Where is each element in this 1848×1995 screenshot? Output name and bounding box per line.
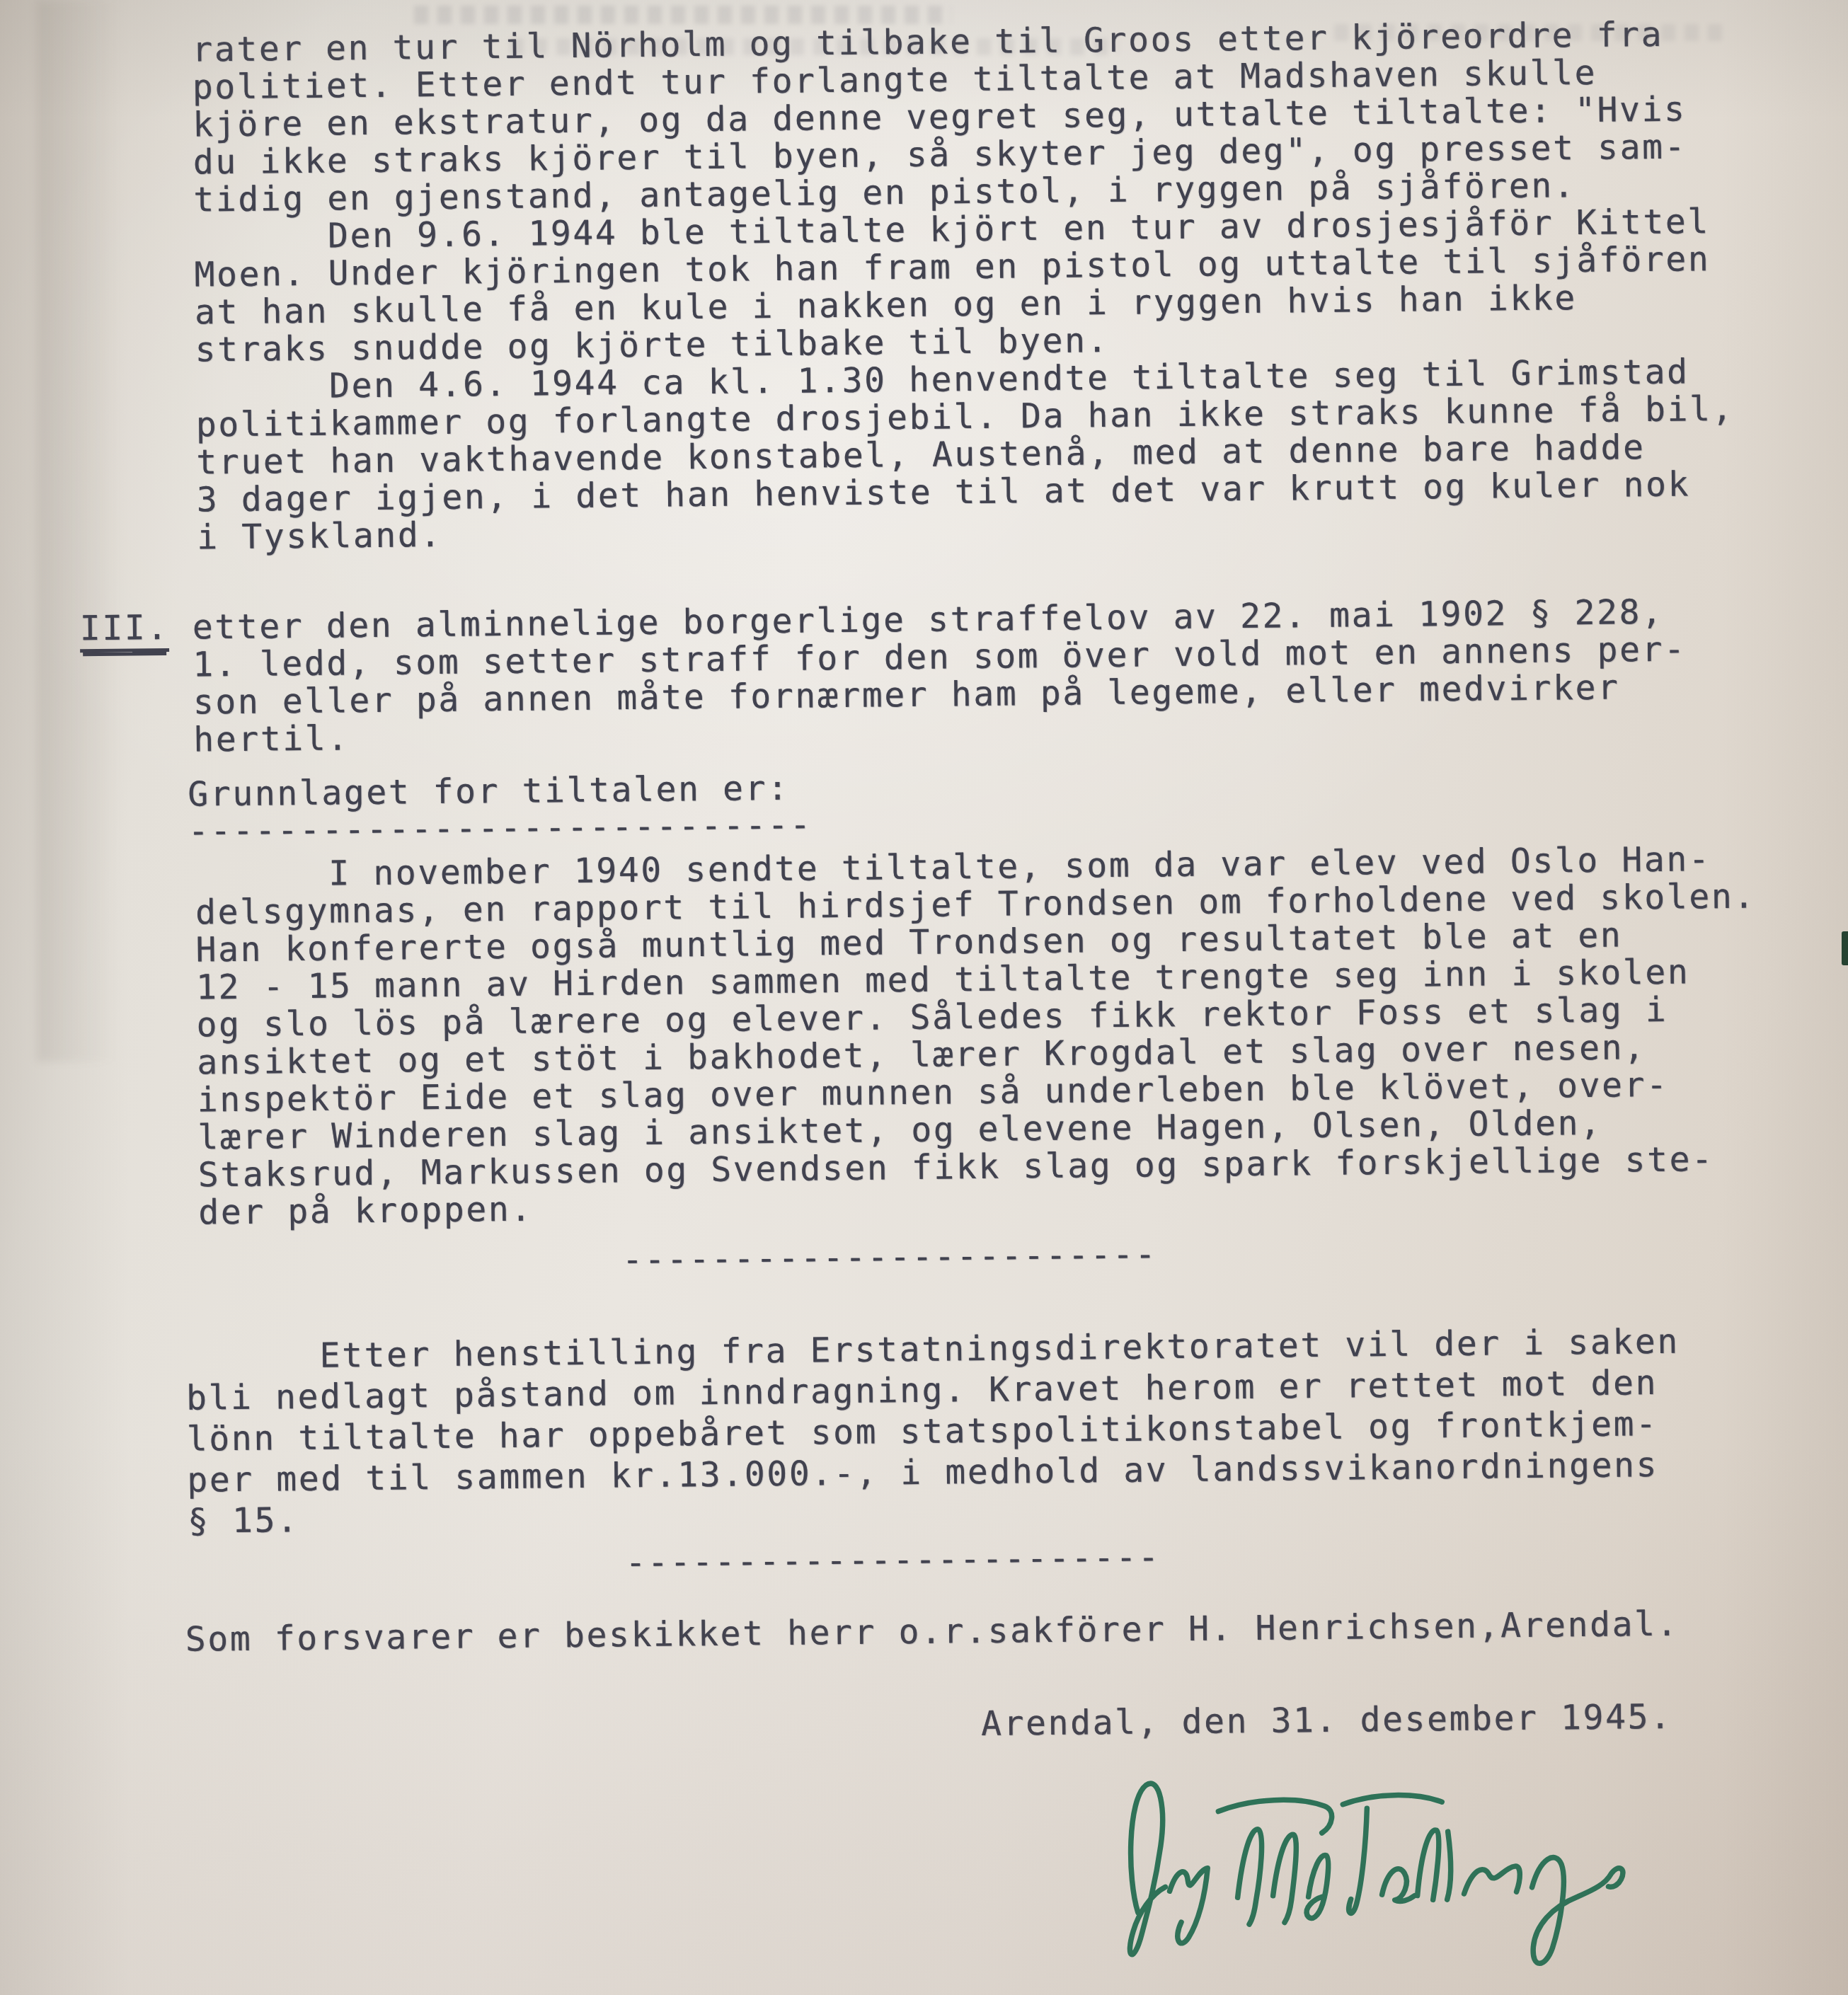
- typed-dash-divider: ------------------------: [625, 1539, 1160, 1582]
- page-content: rater en tur til Nörholm og tilbake til …: [0, 0, 1848, 1995]
- inndragning-paragraph: Etter henstilling fra Erstatningsdirekto…: [185, 1321, 1681, 1542]
- section-iii-label: III.: [80, 609, 170, 652]
- typed-dash-divider: ------------------------: [622, 1236, 1157, 1279]
- section-iii-text: etter den alminnelige borgerlige straffe…: [192, 594, 1687, 759]
- dateline: Arendal, den 31. desember 1945.: [981, 1698, 1672, 1743]
- typed-dash-divider: ----------------------------: [188, 806, 813, 850]
- continuation-paragraphs: rater en tur til Nörholm og tilbake til …: [192, 16, 1735, 557]
- forsvarer-line: Som forsvarer er beskikket herr o.r.sakf…: [185, 1606, 1679, 1659]
- document-photo: rater en tur til Nörholm og tilbake til …: [0, 0, 1848, 1995]
- grunnlag-paragraph: I november 1940 sendte tiltalte, som da …: [195, 841, 1759, 1232]
- signature: [1096, 1757, 1672, 1984]
- photo-edge-gap: [1842, 931, 1848, 965]
